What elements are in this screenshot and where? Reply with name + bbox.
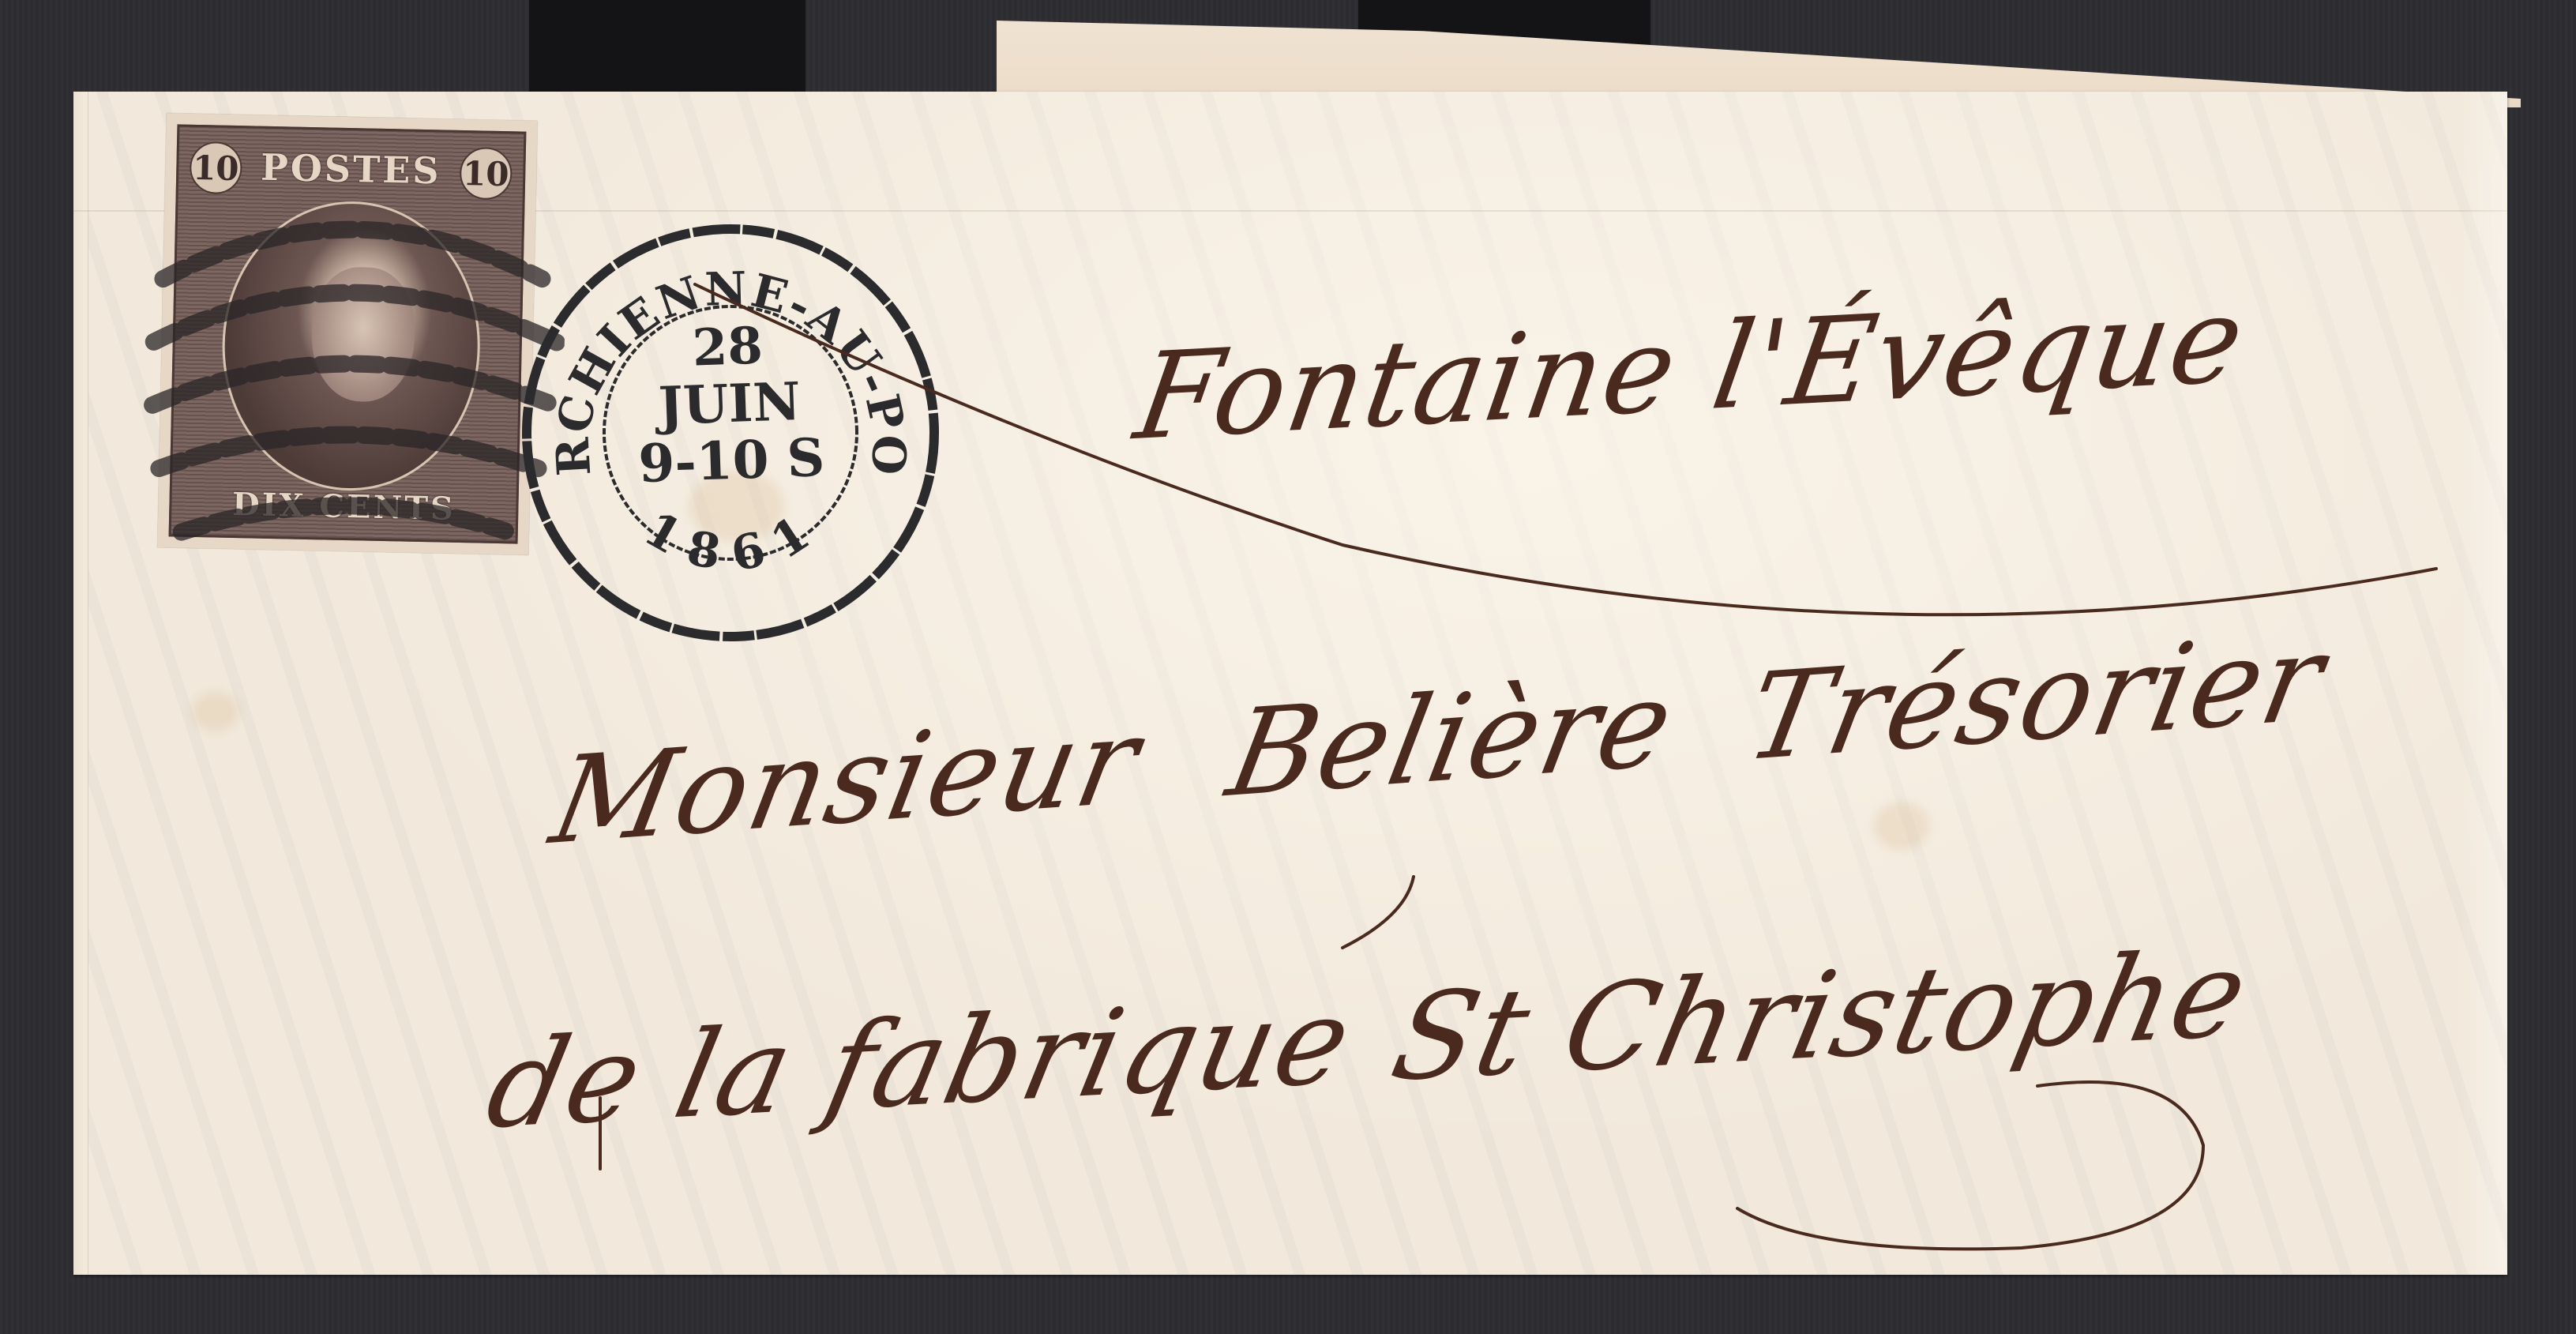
- stamp-frame: 10 10 POSTES DIX CENTS: [169, 124, 527, 543]
- postage-stamp: 10 10 POSTES DIX CENTS: [157, 113, 537, 555]
- portrait-icon: [310, 266, 416, 403]
- foxing-stain: [1874, 802, 1929, 850]
- foxing-stain: [192, 692, 239, 731]
- stamp-portrait-medallion: [220, 199, 483, 494]
- circular-datestamp: MARCHIENNE-AU-PONT 1861 28 JUIN 9-10 S: [510, 212, 952, 654]
- postmark-date-block: 28 JUIN 9-10 S: [513, 315, 945, 494]
- mount-clip-left: [529, 0, 805, 95]
- svg-text:1861: 1861: [633, 495, 836, 586]
- stamp-bottom-label: DIX CENTS: [171, 484, 516, 528]
- stamp-top-label: POSTES: [178, 144, 524, 194]
- postmark-month: JUIN: [516, 370, 944, 438]
